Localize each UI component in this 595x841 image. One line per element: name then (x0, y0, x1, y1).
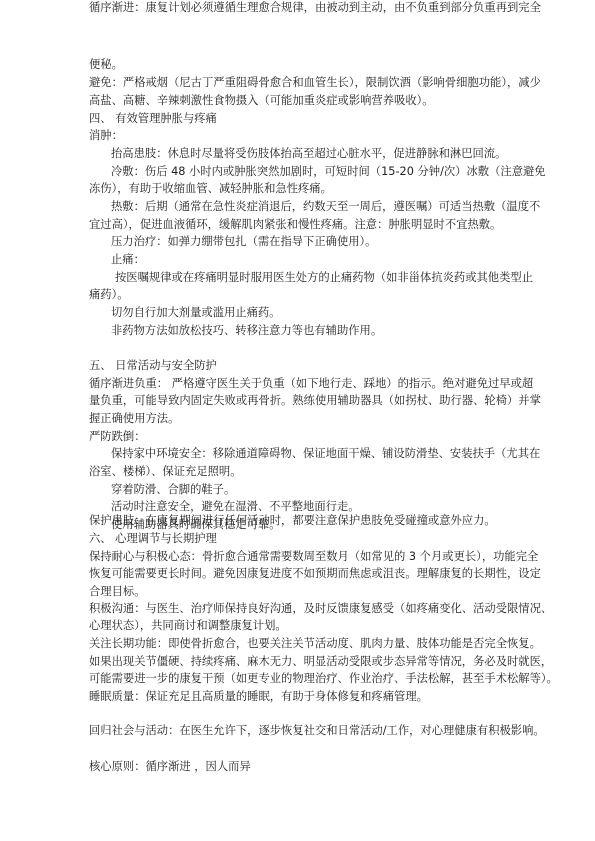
text-line: 合理目标。 (89, 584, 509, 600)
text-line: 恢复可能需要更长时间。避免因康复进度不如预期而焦虑或沮丧。理解康复的长期性，设定 (89, 566, 509, 582)
text-line: 压力治疗：如弹力绷带包扎（需在指导下正确使用）。 (111, 234, 531, 250)
text-line: 痛药）。 (89, 287, 509, 303)
text-line: 如果出现关节僵硬、持续疼痛、麻木无力、明显活动受限或步态异常等情况，务必及时就医… (89, 654, 509, 670)
text-line: 四、 有效管理肿胀与疼痛 (89, 111, 509, 127)
text-line: 保护患肢：在康复期间进行任何活动时，都要注意保护患肢免受碰撞或意外应力。 (89, 513, 509, 529)
text-line: 心理状态），共同商讨和调整康复计划。 (89, 618, 509, 634)
text-line: 回归社会与活动：在医生允许下，逐步恢复社交和日常活动/工作，对心理健康有积极影响… (89, 723, 509, 739)
text-line: 消肿： (89, 128, 509, 144)
text-line: 避免：严格戒烟（尼古丁严重阻碍骨愈合和血管生长），限制饮酒（影响骨细胞功能），减… (89, 75, 509, 91)
text-line: 循序渐进：康复计划必须遵循生理愈合规律，由被动到主动，由不负重到部分负重再到完全 (89, 0, 509, 16)
text-line: 严防跌倒： (89, 429, 509, 445)
text-line: 抬高患肢：休息时尽量将受伤肢体抬高至超过心脏水平，促进静脉和淋巴回流。 (111, 146, 531, 162)
text-line: 量负重，可能导致内固定失败或再骨折。熟练使用辅助器具（如拐杖、助行器、轮椅）并掌 (89, 393, 509, 409)
text-line: 浴室、楼梯）、保证充足照明。 (89, 464, 509, 480)
text-line: 止痛： (111, 252, 531, 268)
text-line: 非药物方法如放松技巧、转移注意力等也有辅助作用。 (111, 323, 531, 339)
text-line: 冻伤），有助于收缩血管、减轻肿胀和急性疼痛。 (89, 181, 509, 197)
text-line: 握正确使用方法。 (89, 411, 509, 427)
text-line: 可能需要进一步的康复干预（如更专业的物理治疗、作业治疗、手法松解，甚至手术松解等… (89, 671, 509, 687)
text-line: 循序渐进负重： 严格遵守医生关于负重（如下地行走、踩地）的指示。绝对避免过早或超 (89, 376, 509, 392)
text-line: 高盐、高糖、辛辣刺激性食物摄入（可能加重炎症或影响营养吸收）。 (89, 93, 509, 109)
text-line: 便秘。 (89, 57, 509, 73)
text-line: 六、 心理调节与长期护理 (89, 531, 509, 547)
text-line: 积极沟通：与医生、治疗师保持良好沟通，及时反馈康复感受（如疼痛变化、活动受限情况… (89, 601, 509, 617)
text-line: 切勿自行加大剂量或滥用止痛药。 (111, 305, 531, 321)
text-line: 保持家中环境安全：移除通道障碍物、保证地面干燥、铺设防滑垫、安装扶手（尤其在 (111, 446, 531, 462)
text-line: 睡眠质量：保证充足且高质量的睡眠，有助于身体修复和疼痛管理。 (89, 689, 509, 705)
text-line: 热敷：后期（通常在急性炎症消退后，约数天至一周后，遵医嘱）可适当热敷（温度不 (111, 199, 531, 215)
text-line: 宜过高），促进血液循环，缓解肌肉紧张和慢性疼痛。注意：肿胀明显时不宜热敷。 (89, 217, 509, 233)
text-line: 五、 日常活动与安全防护 (89, 358, 509, 374)
text-line: 按医嘱规律或在疼痛明显时服用医生处方的止痛药物（如非甾体抗炎药或其他类型止 (115, 270, 535, 286)
text-line: 关注长期功能：即使骨折愈合，也要关注关节活动度、肌肉力量、肢体功能是否完全恢复。 (89, 636, 509, 652)
text-line: 穿着防滑、合脚的鞋子。 (111, 482, 531, 498)
text-line: 保持耐心与积极心态：骨折愈合通常需要数周至数月（如常见的 3 个月或更长），功能… (89, 549, 509, 565)
text-line: 核心原则：循序渐进 ，因人而异 (89, 759, 509, 775)
text-line: 冷敷：伤后 48 小时内或肿胀突然加剧时，可短时间（15-20 分钟/次）冰敷（… (111, 164, 531, 180)
document-page: 便秘。避免：严格戒烟（尼古丁严重阻碍骨愈合和血管生长），限制饮酒（影响骨细胞功能… (0, 0, 595, 841)
